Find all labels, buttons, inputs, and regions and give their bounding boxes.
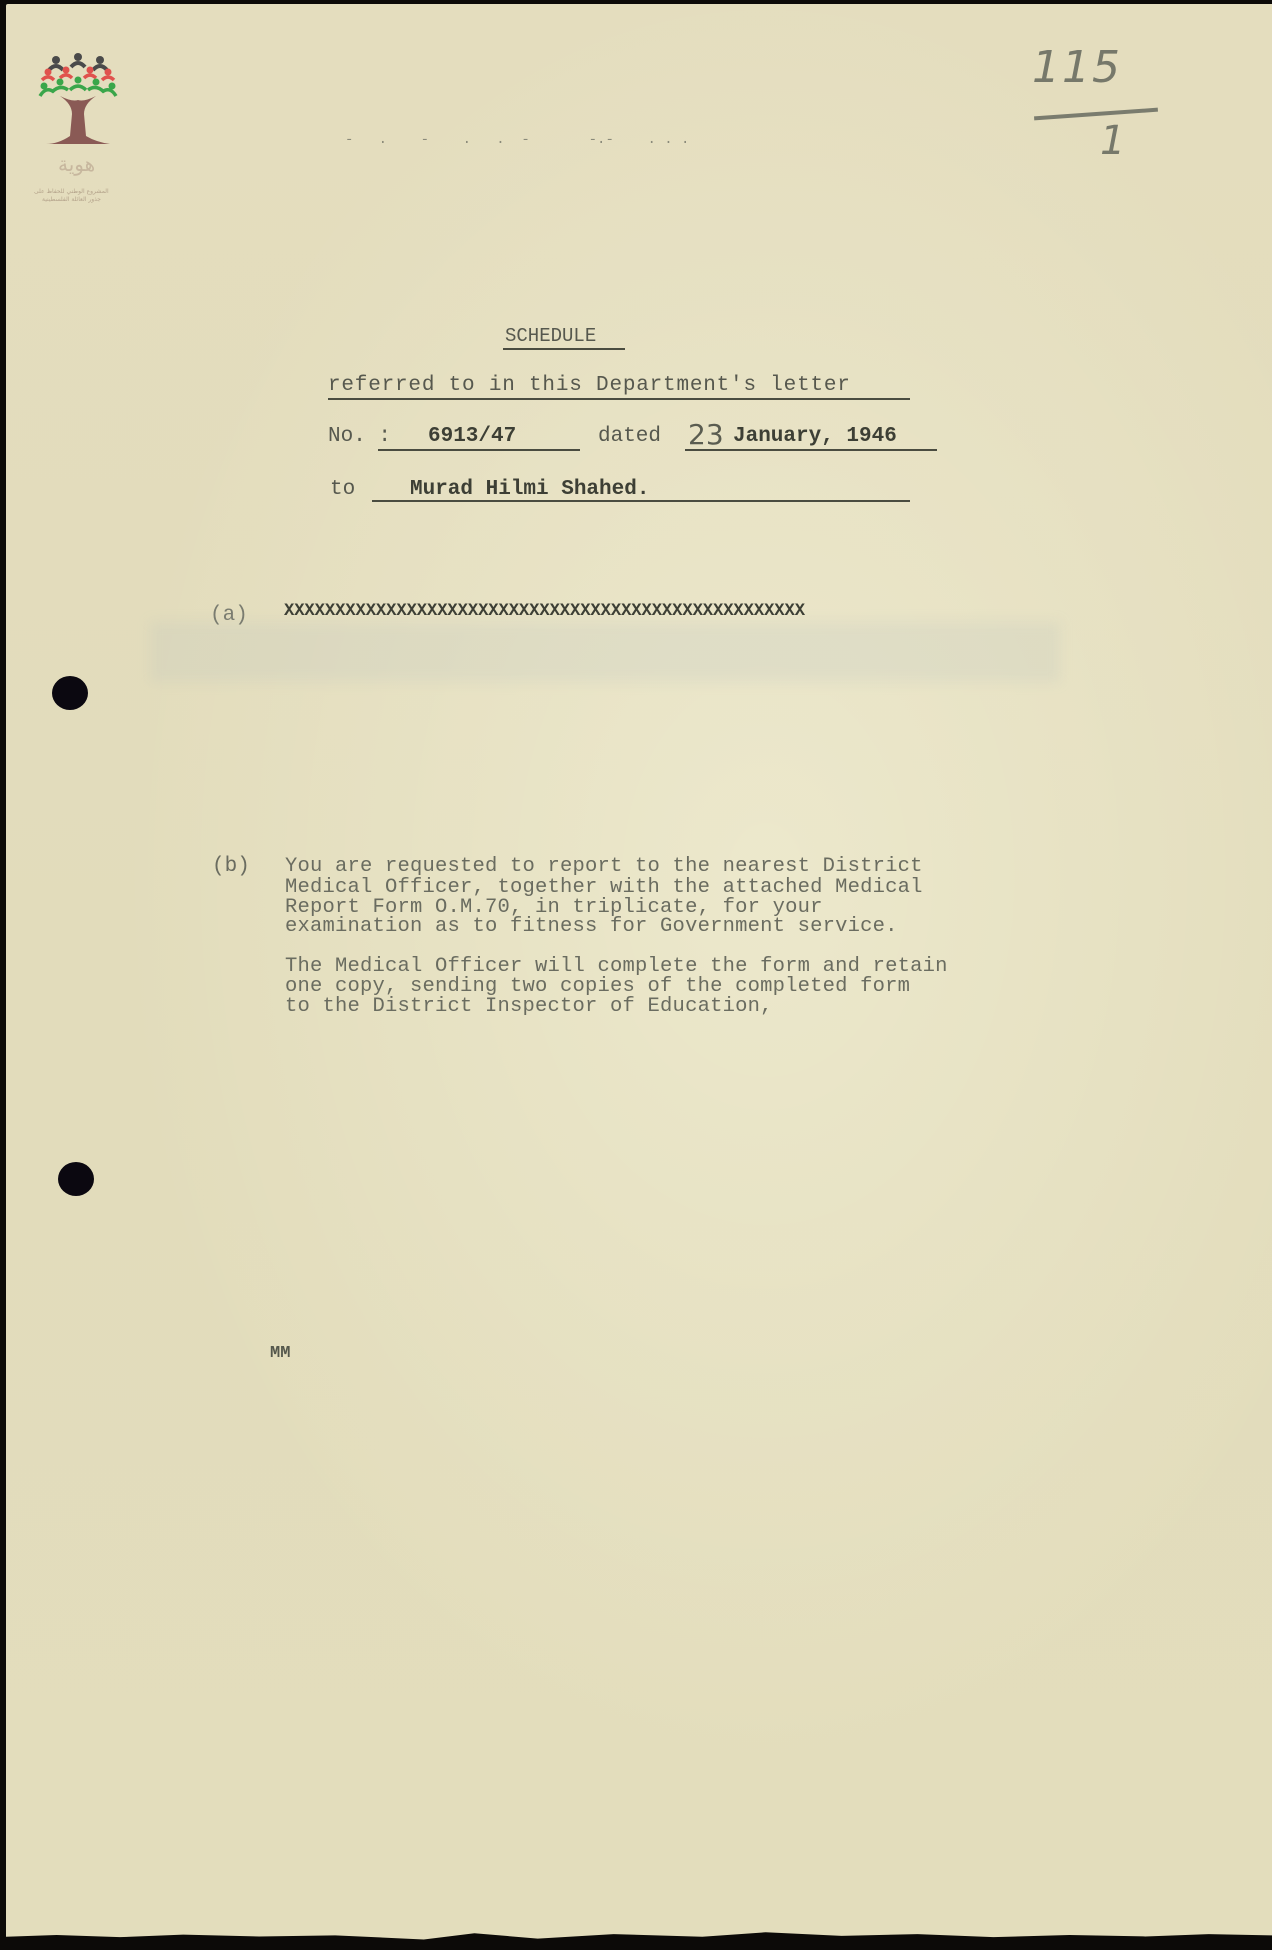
item-a-struck-text: XXXXXXXXXXXXXXXXXXXXXXXXXXXXXXXXXXXXXXXX… bbox=[284, 602, 805, 621]
recipient-name: Murad Hilmi Shahed. bbox=[410, 478, 649, 501]
item-b-line: You are requested to report to the neare… bbox=[285, 855, 923, 878]
typist-initials: MM bbox=[270, 1344, 290, 1363]
punch-hole-bottom bbox=[58, 1162, 94, 1196]
dated-label: dated bbox=[598, 425, 661, 448]
page-number-bottom: 1 bbox=[1100, 118, 1125, 164]
punch-hole-top bbox=[52, 676, 88, 710]
logo-subtitle-line1: المشروع الوطني للحفاظ على bbox=[34, 188, 109, 195]
letter-number: 6913/47 bbox=[428, 425, 516, 448]
logo-title: هوية bbox=[58, 152, 95, 176]
recipient-underline bbox=[372, 500, 910, 502]
number-label: No. : bbox=[328, 425, 391, 448]
number-underline bbox=[378, 449, 580, 451]
page-number-annotation: 115 bbox=[1032, 42, 1122, 93]
schedule-heading: SCHEDULE bbox=[505, 325, 596, 347]
item-b-line: to the District Inspector of Education, bbox=[285, 995, 773, 1018]
family-tree-icon bbox=[38, 52, 118, 152]
item-a-smudge bbox=[150, 622, 1060, 682]
archive-logo: هوية المشروع الوطني للحفاظ على جذور العا… bbox=[38, 52, 118, 212]
reference-underline bbox=[328, 398, 910, 400]
date-underline bbox=[685, 449, 937, 451]
reference-line: referred to in this Department's letter bbox=[328, 374, 851, 397]
to-label: to bbox=[330, 478, 355, 501]
logo-subtitle-line2: جذور العائلة الفلسطينية bbox=[42, 196, 101, 203]
date-month-year: January, 1946 bbox=[733, 425, 897, 448]
date-day-handwritten: 23 bbox=[688, 418, 724, 451]
item-b-label: (b) bbox=[212, 855, 250, 878]
item-a-label: (a) bbox=[210, 604, 248, 627]
heading-underline bbox=[503, 348, 625, 350]
item-b-line: examination as to fitness for Government… bbox=[285, 915, 898, 938]
faint-marks: - . - . . - -.- . . . bbox=[345, 132, 689, 148]
page-number-top: 115 bbox=[1032, 42, 1122, 93]
